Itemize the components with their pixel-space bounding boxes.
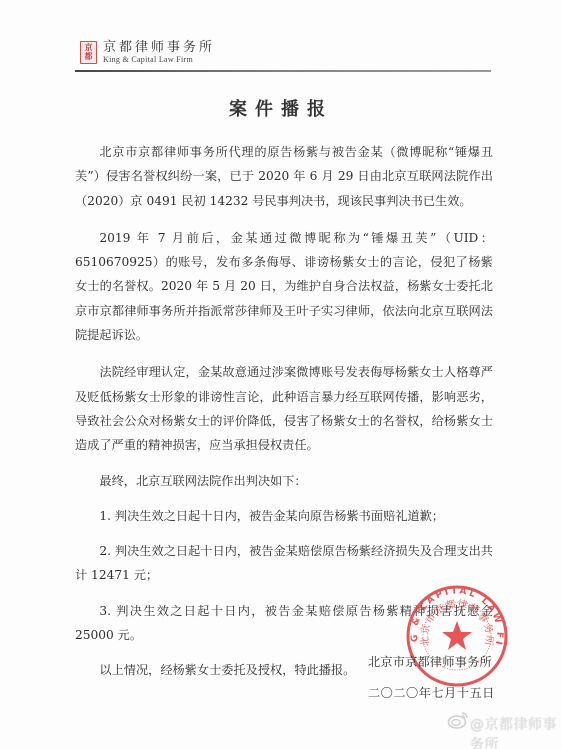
paragraph-judgment-intro: 最终，北京互联网法院作出判决如下： bbox=[75, 469, 493, 493]
weibo-watermark: @京都律师事务所 bbox=[470, 714, 562, 749]
judgment-item-1: 1. 判决生效之日起十日内，被告金某向原告杨紫书面赔礼道歉； bbox=[75, 504, 493, 528]
official-seal-stamp-icon: KING & CAPITAL LAW FIRM 北京市京都律师事务所 bbox=[405, 584, 509, 688]
paragraph-intro: 北京市京都律师事务所代理的原告杨紫与被告金某（微博昵称“锤爆丑芙”）侵害名誉权纠… bbox=[75, 140, 493, 213]
document-title: 案件播报 bbox=[0, 95, 562, 121]
paragraph-court-finding: 法院经审理认定，金某故意通过涉案微博账号发表侮辱杨紫女士人格尊严及贬低杨紫女士形… bbox=[75, 360, 493, 457]
signature-date: 二〇二〇年七月十五日 bbox=[368, 684, 495, 701]
weibo-icon bbox=[447, 710, 469, 730]
firm-names: 京都律师事务所 King & Capital Law Firm bbox=[103, 40, 215, 65]
firm-name-en: King & Capital Law Firm bbox=[103, 55, 215, 65]
firm-logo-seal-icon: 京 都 bbox=[80, 41, 97, 64]
signature-organization: 北京市京都律师事务所 bbox=[368, 653, 492, 670]
judgment-item-2: 2. 判决生效之日起十日内，被告金某赔偿原告杨紫经济损失及合理支出共计 1247… bbox=[75, 539, 493, 588]
paragraph-background: 2019 年 7 月前后，金某通过微博昵称为“锤爆丑芙”（UID：6510670… bbox=[75, 226, 493, 347]
document-page: 京 都 京都律师事务所 King & Capital Law Firm 案件播报… bbox=[0, 0, 562, 749]
firm-name-cn: 京都律师事务所 bbox=[103, 40, 215, 55]
header-divider bbox=[75, 70, 491, 72]
letterhead: 京 都 京都律师事务所 King & Capital Law Firm bbox=[80, 39, 215, 65]
logo-char: 都 bbox=[85, 52, 93, 61]
